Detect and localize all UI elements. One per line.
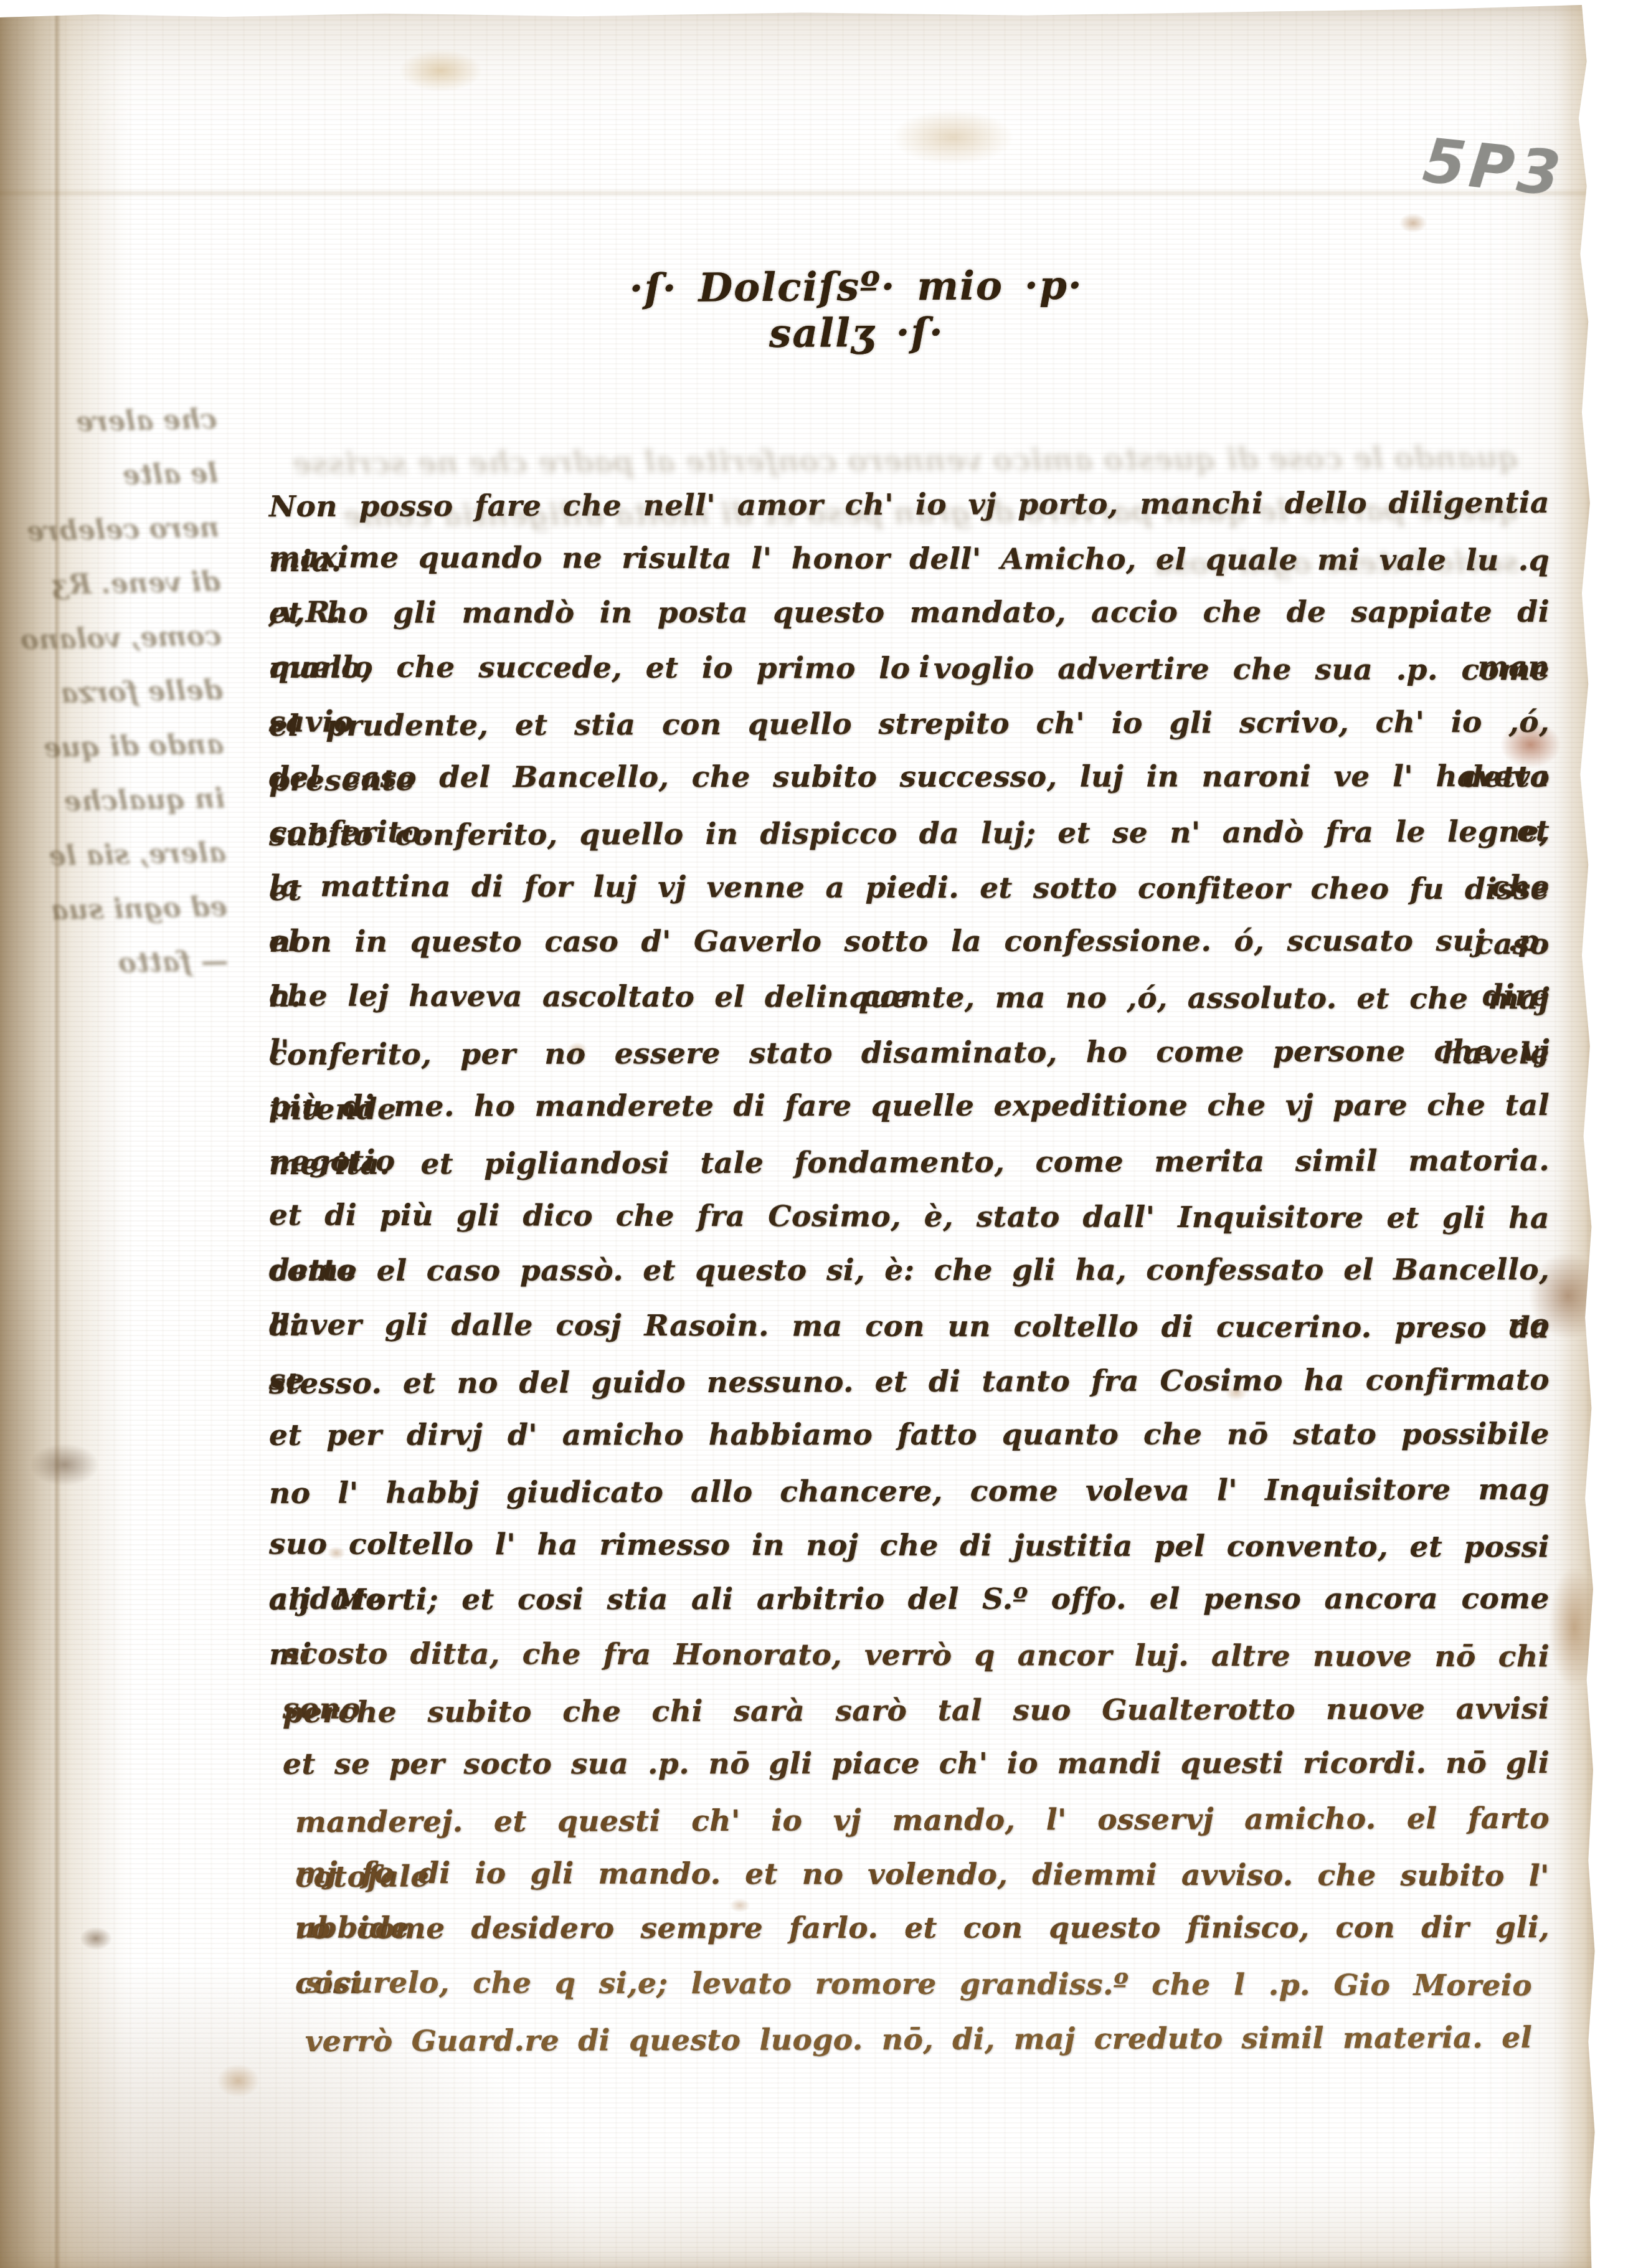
letter-line: ro come desidero sempre farlo. et con qu… <box>295 1900 1550 1957</box>
letter-line: del caso del Bancello, che subito succes… <box>269 749 1550 805</box>
letter-line: come el caso passò. et questo si, è: che… <box>269 1243 1550 1299</box>
letter-line: et se per socto sua .p. nō gli piace ch'… <box>283 1736 1550 1792</box>
letter-line: et di più gli dico che fra Cosimo, è, st… <box>269 1188 1550 1246</box>
letter-line: Non posso fare che nell' amor ch' io vj … <box>269 476 1550 534</box>
letter-line: che lej haveva ascoltato el delinquente,… <box>269 969 1550 1027</box>
archival-folio-number: 5P3 <box>1420 125 1568 211</box>
letter-line: stesso. et no del guido nessuno. et di t… <box>269 1353 1550 1412</box>
letter-line: non in questo caso d' Gaverlo sotto la c… <box>269 914 1550 970</box>
letter-line: haver gli dalle cosj Rasoin. ma con un c… <box>269 1298 1550 1355</box>
letter-line: suo coltello l' ha rimesso in noj che di… <box>269 1517 1550 1575</box>
letter-line: subito conferito, quello in dispicco da … <box>269 805 1550 863</box>
letter-line: manderej. et questi ch' io vj mando, l' … <box>295 1791 1550 1850</box>
letter-line: no l' habbj giudicato allo chancere, com… <box>269 1463 1550 1521</box>
letter-line: sicurelo, che q si,e; levato romore gran… <box>305 1956 1532 2014</box>
letter-line: perche subito che chi sarà sarò tal suo … <box>283 1682 1550 1740</box>
letter-line: la mattina di for luj vj venne a piedi. … <box>269 859 1550 917</box>
letter-line: mj fo di io gli mando. et no volendo, di… <box>295 1846 1550 1904</box>
letter-line: et ho gli mandò in posta questo mandato,… <box>269 585 1550 641</box>
letter-line: conferito, per no essere stato disaminat… <box>269 1024 1550 1083</box>
salutation-line: ·ſ· Dolciſsº· mio ·p· sallʒ ·ſ· <box>619 262 1093 357</box>
letter-line: merita. et pigliandosi tale fondamento, … <box>269 1134 1550 1192</box>
letter-line: più di me. ho manderete di fare quelle e… <box>269 1078 1550 1134</box>
letter-line: et per dirvj d' amicho habbiamo fatto qu… <box>269 1407 1550 1463</box>
letter-line: scosto ditta, che fra Honorato, verrò q … <box>283 1627 1550 1685</box>
letter-line: el prudente, et stia con quello strepito… <box>269 695 1550 754</box>
letter-line: quello che succede, et io primo lo vogli… <box>269 640 1550 698</box>
letter-line: alj Morti; et cosi stia ali arbitrio del… <box>269 1572 1550 1628</box>
manuscript-page: che alere le alte nero celebre di vene. … <box>0 5 1604 2268</box>
letter-line: maxime quando ne risulta l' honor dell' … <box>269 530 1550 588</box>
letter-body: Non posso fare che nell' amor ch' io vj … <box>269 477 1550 2067</box>
letter-line: verrò Guard.re di questo luogo. nō, di, … <box>305 2011 1532 2069</box>
